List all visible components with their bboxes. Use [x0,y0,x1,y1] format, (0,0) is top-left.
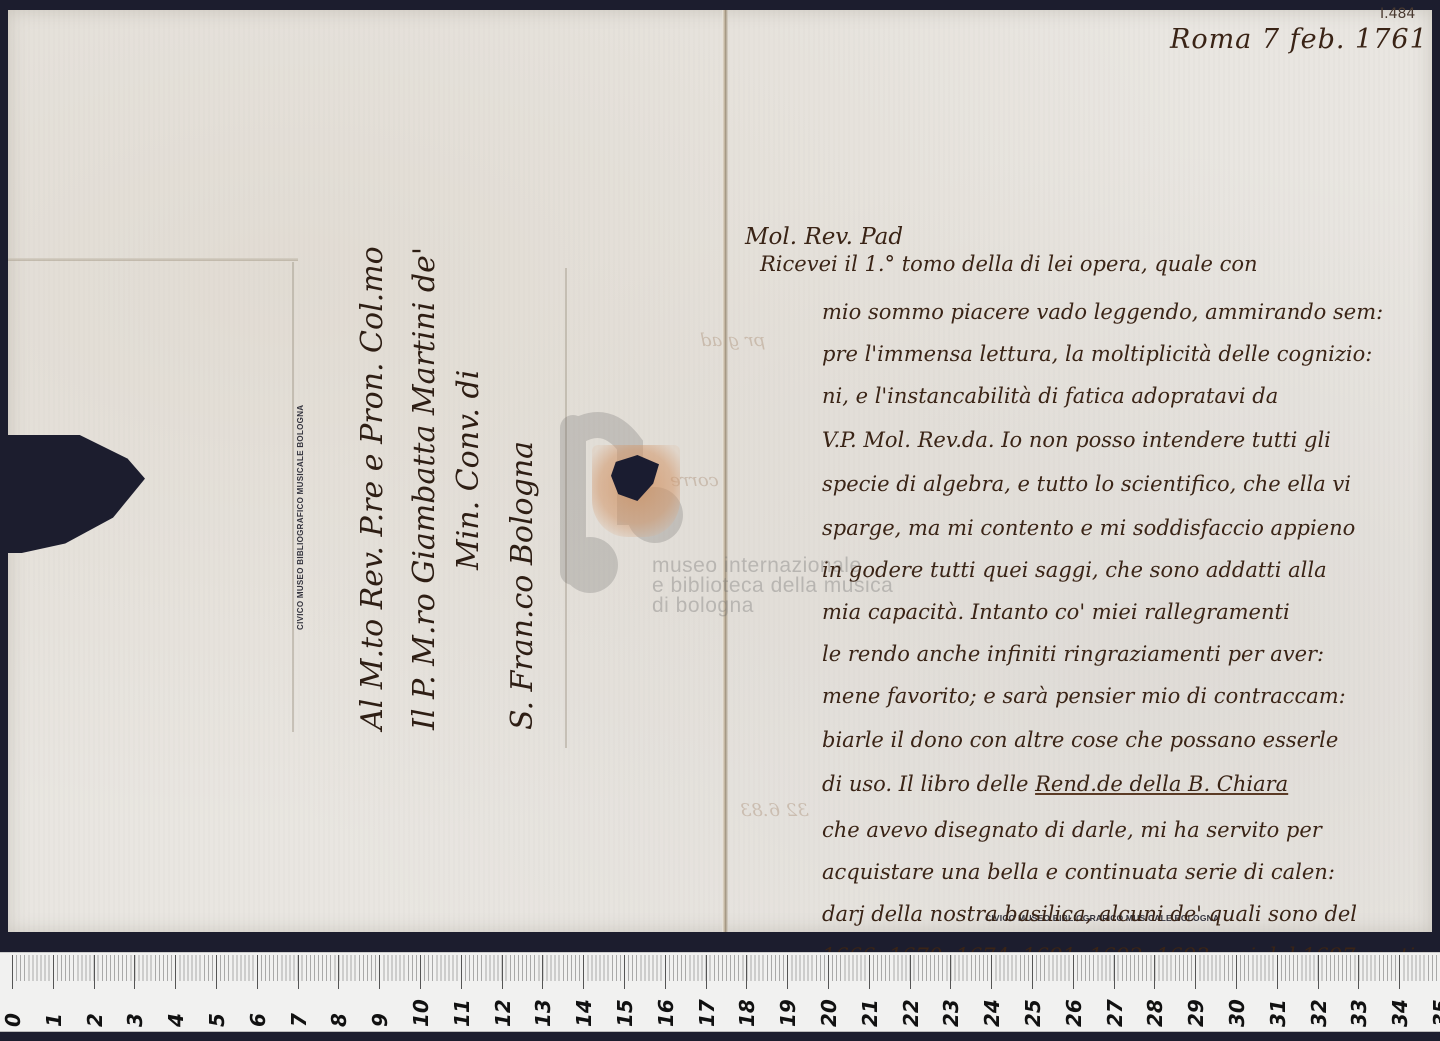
ruler-cm-tick [420,955,421,989]
ruler-cm-tick [338,955,339,989]
letter-line: biarle il dono con altre cose che possan… [822,728,1338,752]
letter-line: pre l'immensa lettura, la moltiplicità d… [822,342,1372,366]
ruler-cm-tick [1277,955,1278,989]
ruler-cm-tick [1114,955,1115,989]
ruler-cm-tick [1073,955,1074,989]
ruler-label: 25 [1021,999,1045,1027]
ruler-label: 15 [613,999,637,1027]
ruler-cm-tick [134,955,135,989]
ruler-cm-tick [542,955,543,989]
ruler-label: 33 [1347,999,1371,1027]
address-line: Il P. M.ro Giambatta Martini de' [407,247,442,730]
letter-line: di uso. Il libro delle Rend.de della B. … [822,772,1288,796]
ruler-label: 16 [654,999,678,1027]
letter-line: acquistare una bella e continuata serie … [822,860,1335,884]
letter-line: che avevo disegnato di darle, mi ha serv… [822,818,1322,842]
ruler-cm-tick [12,955,13,989]
ruler-cm-tick [746,955,747,989]
ruler-cm-tick [461,955,462,989]
ruler-cm-tick [583,955,584,989]
letter-line: mio sommo piacere vado leggendo, ammiran… [822,300,1383,324]
letter-line: Ricevei il 1.° tomo della di lei opera, … [760,252,1258,276]
ruler-label: 35 [1429,999,1440,1027]
address-panel-edge-left [292,262,294,732]
ruler-label: 5 [205,1013,229,1027]
ruler-cm-tick [869,955,870,989]
ruler-cm-tick [828,955,829,989]
letter-line: mene favorito; e sarà pensier mio di con… [822,684,1346,708]
ruler-cm-tick [1236,955,1237,989]
ruler-label: 10 [409,999,433,1027]
ruler-label: 26 [1062,999,1086,1027]
ruler-label: 9 [368,1013,392,1027]
ruler-label: 28 [1143,999,1167,1027]
ruler-cm-tick [1358,955,1359,989]
address-line: S. Fran.co Bologna [505,441,540,730]
ruler-cm-tick [787,955,788,989]
letter-line: sparge, ma mi contento e mi soddisfaccio… [822,516,1355,540]
ruler-label: 12 [491,999,515,1027]
letter-line: mia capacità. Intanto co' miei rallegram… [822,600,1290,624]
address-panel-edge-right [565,268,567,748]
ruler-label: 23 [939,999,963,1027]
letter-line: in godere tutti quei saggi, che sono add… [822,558,1327,582]
ruler-label: 8 [327,1013,351,1027]
ruler-cm-tick [665,955,666,989]
ruler-cm-tick [1032,955,1033,989]
ruler-cm-tick [216,955,217,989]
letter-line: le rendo anche infiniti ringraziamenti p… [822,642,1324,666]
ruler-cm-tick [1195,955,1196,989]
horizontal-fold-crease [8,258,298,261]
ruler-cm-tick [991,955,992,989]
ruler-label: 2 [83,1013,107,1027]
ruler-cm-tick [706,955,707,989]
ruler-cm-tick [502,955,503,989]
shelfmark: I.484 [1380,6,1415,22]
letter-line: ni, e l'instancabilità di fatica adoprat… [822,384,1278,408]
ruler-label: 3 [123,1013,147,1027]
ruler-cm-tick [175,955,176,989]
ruler-label: 13 [531,999,555,1027]
ruler-label: 4 [164,1013,188,1027]
ruler-label: 34 [1388,999,1412,1027]
ruler-label: 30 [1225,999,1249,1027]
ruler-cm-tick [910,955,911,989]
ruler-cm-tick [950,955,951,989]
ruler-cm-tick [624,955,625,989]
ruler-label: 18 [735,999,759,1027]
underlined-title: Rend.de della B. Chiara [1035,772,1288,796]
ruler-cm-tick [298,955,299,989]
ruler-cm-tick [1318,955,1319,989]
ruler-cm-tick [257,955,258,989]
ruler-label: 31 [1266,999,1290,1027]
ruler-cm-tick [1399,955,1400,989]
ruler-label: 14 [572,999,596,1027]
measurement-ruler: 0123456789101112131415161718192021222324… [0,952,1440,1032]
ruler-label: 0 [1,1013,25,1027]
ruler-label: 7 [287,1013,311,1027]
ink-bleed-through: pr g ad [700,330,765,351]
ruler-label: 32 [1307,999,1331,1027]
address-line: Min. Conv. di [451,370,486,570]
ruler-label: 20 [817,999,841,1027]
ruler-cm-tick [379,955,380,989]
ruler-cm-tick [53,955,54,989]
ruler-label: 6 [246,1013,270,1027]
address-line: Al M.to Rev. P.re e Pron. Col.mo [355,246,390,730]
letter-line: V.P. Mol. Rev.da. Io non posso intendere… [822,428,1331,452]
ruler-label: 29 [1184,999,1208,1027]
ruler-label: 17 [695,999,719,1027]
ruler-label: 27 [1103,999,1127,1027]
letter-line: specie di algebra, e tutto lo scientific… [822,472,1351,496]
ruler-label: 24 [980,999,1004,1027]
ruler-label: 22 [899,999,923,1027]
ruler-cm-tick [94,955,95,989]
ruler-label: 19 [776,999,800,1027]
center-fold-crease [722,10,728,932]
ruler-label: 1 [42,1013,66,1027]
ink-bleed-through: 32 6.83 [740,800,809,821]
ruler-label: 21 [858,999,882,1027]
ruler-mm-ticks [12,955,1440,981]
letter-dateline: Roma 7 feb. 1761 [1170,24,1428,55]
library-stamp-vertical: CIVICO MUSEO BIBLIOGRAFICO MUSICALE BOLO… [296,405,305,630]
letter-salutation: Mol. Rev. Pad [745,224,903,250]
letter-line: darj della nostra basilica, alcuni de' q… [822,902,1357,926]
ruler-cm-tick [1154,955,1155,989]
ruler-label: 11 [450,999,474,1027]
